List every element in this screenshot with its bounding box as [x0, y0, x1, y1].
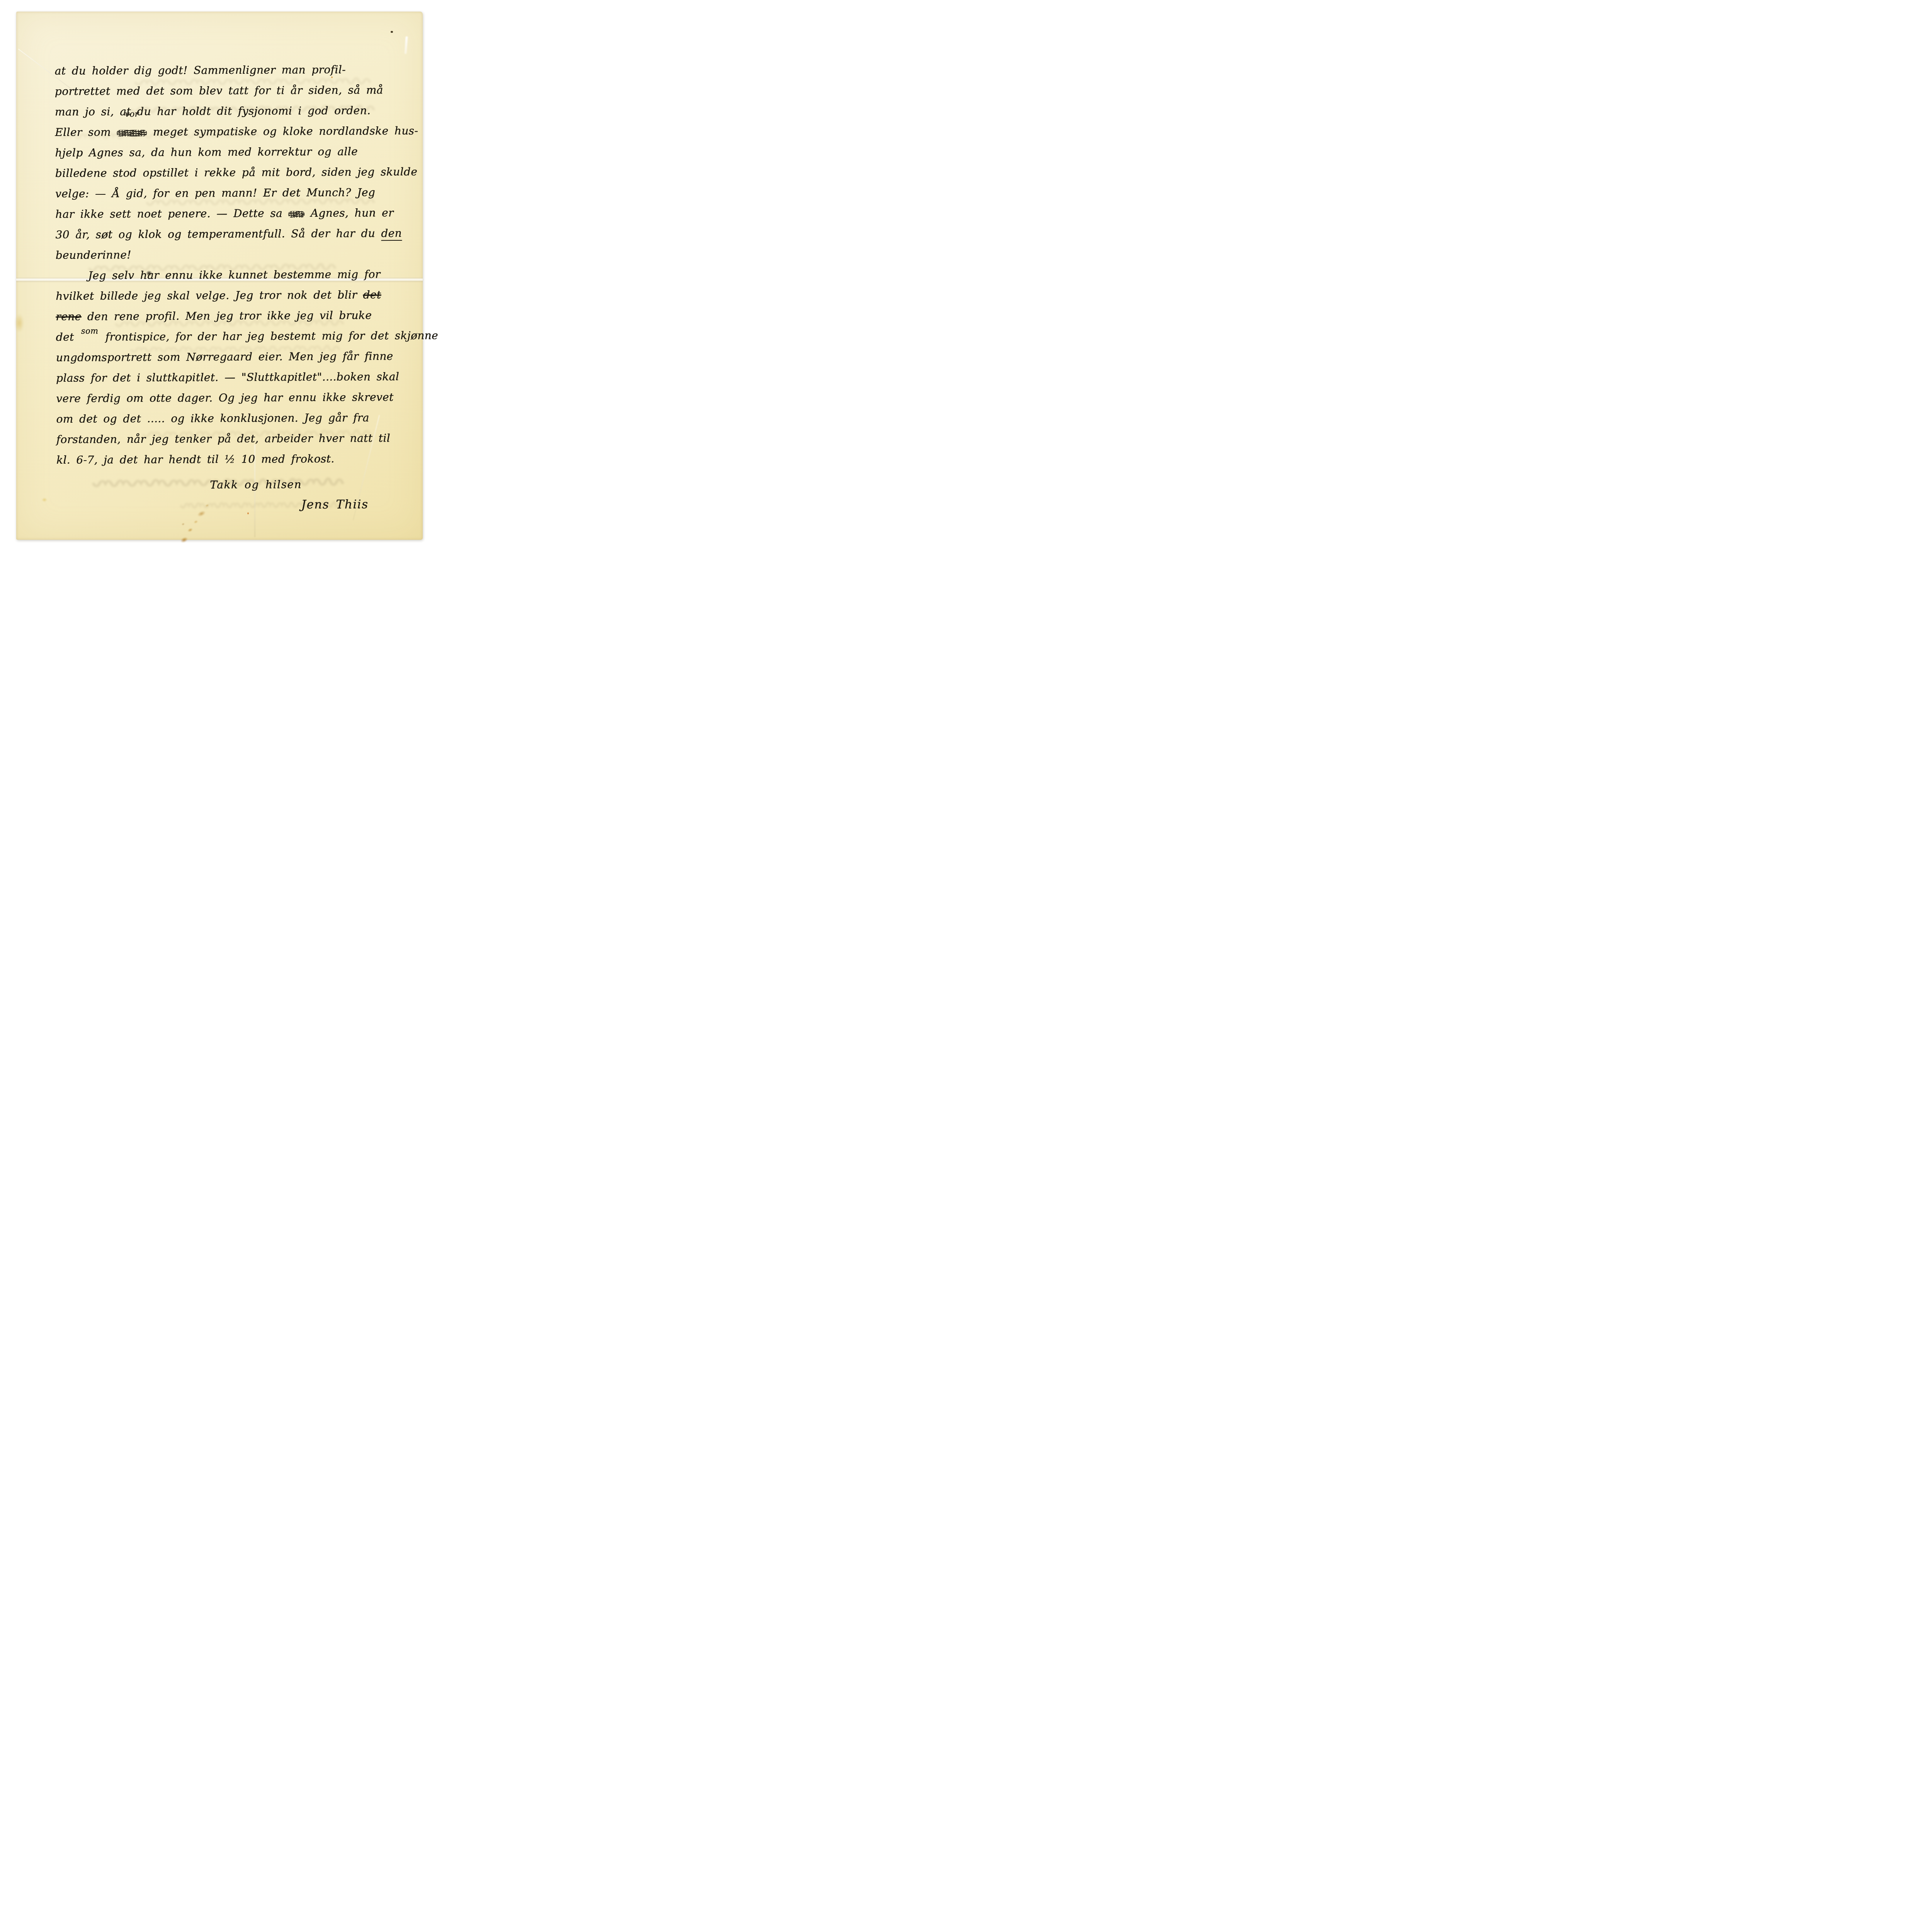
struck-out-word: rene: [56, 310, 81, 323]
letter-page: at du holder dig godt! Sammenligner man …: [16, 12, 423, 540]
letter-line: vere ferdig om otte dager. Og jeg har en…: [56, 387, 392, 409]
letter-line: om det og det ..... og ikke konklusjonen…: [56, 407, 392, 429]
handwritten-text: kl. 6-7, ja det har hendt til ½ 10 med f…: [56, 452, 335, 466]
handwritten-text: ungdomsportrett som Nørregaard eier. Men…: [56, 350, 393, 364]
handwritten-text: plass for det i sluttkapitlet. — "Sluttk…: [56, 370, 399, 384]
letter-line: Jens Thiis: [56, 494, 393, 516]
letter-line: billedene stod opstillet i rekke på mit …: [55, 162, 391, 184]
letter-line: man jo si, at du har holdt dit fysjonomi…: [55, 100, 391, 122]
correction: vor: [117, 122, 147, 142]
ink-speck: [391, 31, 393, 33]
underlined-word: den: [381, 227, 402, 241]
letter-line: Jeg selv har ennu ikke kunnet bestemme m…: [56, 264, 392, 286]
blotted-word: har: [140, 269, 159, 282]
handwritten-text: det: [56, 331, 80, 344]
handwritten-text: 30 år, søt og klok og temperamentfull. S…: [55, 227, 381, 241]
letter-line: 30 år, søt og klok og temperamentfull. S…: [55, 223, 391, 245]
handwritten-text: portrettet med det som blev tatt for ti …: [55, 83, 383, 98]
handwritten-text: har ikke sett noet penere. — Dette sa: [55, 207, 288, 221]
letter-line: hvilket billede jeg skal velge. Jeg tror…: [56, 284, 392, 306]
handwritten-text: Agnes, hun er: [304, 206, 394, 219]
letter-body: at du holder dig godt! Sammenligner man …: [54, 59, 393, 516]
handwritten-text: meget sympatiske og kloke nordlandske hu…: [147, 124, 418, 138]
handwritten-text: vere ferdig om otte dager. Og jeg har en…: [56, 391, 393, 405]
letter-line: forstanden, når jeg tenker på det, arbei…: [56, 428, 393, 450]
handwritten-text: at du holder dig godt! Sammenligner man …: [54, 63, 345, 77]
handwritten-text: billedene stod opstillet i rekke på mit …: [55, 165, 418, 180]
letter-line: beunderinne!: [56, 243, 392, 265]
letter-line: Takk og hilsen: [56, 474, 393, 496]
stain-left-edge: [15, 314, 24, 332]
letter-line: velge: — Å gid, for en pen mann! Er det …: [55, 182, 391, 204]
handwritten-text: hjelp Agnes sa, da hun kom med korrektur…: [55, 145, 358, 159]
scribbled-out-word: [117, 130, 147, 136]
letter-line: plass for det i sluttkapitlet. — "Sluttk…: [56, 366, 392, 388]
handwritten-text: man jo si, at du har holdt dit fysjonomi…: [55, 104, 371, 118]
stain-spot: [42, 498, 47, 502]
letter-line: ungdomsportrett som Nørregaard eier. Men…: [56, 346, 392, 368]
handwritten-text: forstanden, når jeg tenker på det, arbei…: [56, 432, 390, 446]
handwritten-text: beunderinne!: [56, 248, 131, 262]
scribbled-out-word: [288, 211, 304, 218]
handwritten-text: hvilket billede jeg skal velge. Jeg tror…: [56, 288, 363, 302]
letter-line: har ikke sett noet penere. — Dette sa Ag…: [55, 202, 391, 224]
letter-line: at du holder dig godt! Sammenligner man …: [54, 59, 391, 81]
handwritten-text: Eller som: [55, 126, 117, 139]
handwritten-text: om det og det ..... og ikke konklusjonen…: [56, 411, 369, 425]
letter-line: Eller som vor meget sympatiske og kloke …: [55, 121, 391, 143]
handwritten-text: Jens Thiis: [301, 497, 368, 512]
handwritten-text: Jeg selv: [88, 269, 140, 282]
handwritten-text: velge: — Å gid, for en pen mann! Er det …: [55, 186, 375, 200]
handwritten-text: ennu ikke kunnet bestemme mig for: [159, 268, 381, 281]
struck-out-word: det: [363, 288, 381, 301]
inserted-word: vor: [125, 110, 139, 118]
letter-line: hjelp Agnes sa, da hun kom med korrektur…: [55, 141, 391, 163]
letter-line: det som frontispice, for der har jeg bes…: [56, 325, 392, 347]
letter-line: kl. 6-7, ja det har hendt til ½ 10 med f…: [56, 448, 393, 470]
paper-scuff: [404, 36, 408, 54]
letter-line: portrettet med det som blev tatt for ti …: [55, 80, 391, 102]
handwritten-text: frontispice, for der har jeg bestemt mig…: [99, 329, 438, 344]
handwritten-text: den rene profil. Men jeg tror ikke jeg v…: [81, 309, 372, 323]
handwritten-text: Takk og hilsen: [210, 478, 302, 491]
letter-line: rene den rene profil. Men jeg tror ikke …: [56, 305, 392, 327]
